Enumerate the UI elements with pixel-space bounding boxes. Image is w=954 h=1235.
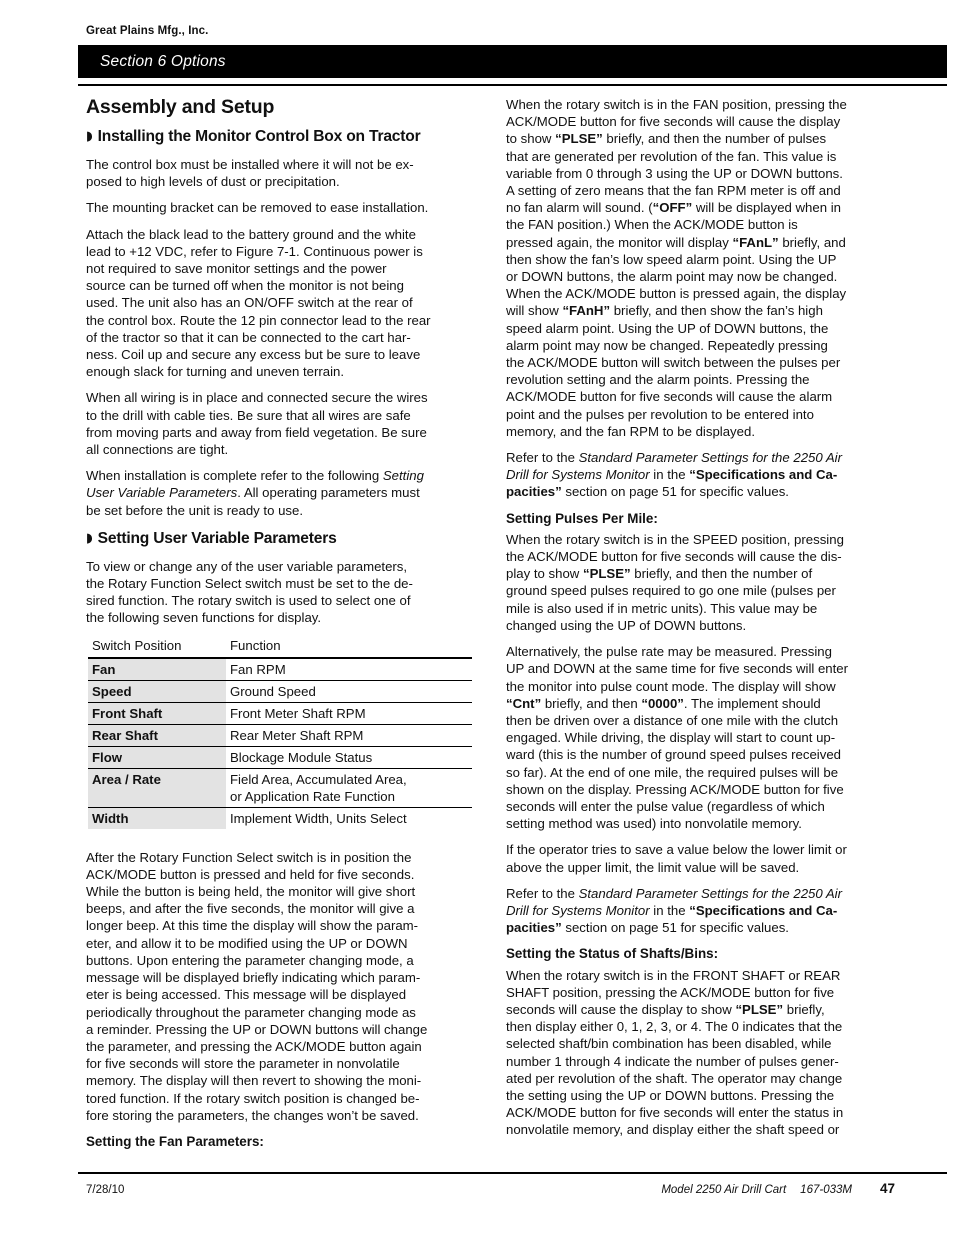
page-title: Assembly and Setup (86, 96, 475, 119)
bullet-icon: ◗ (86, 126, 93, 147)
table-header-row: Switch Position Function (88, 636, 472, 658)
paragraph: Attach the black lead to the battery gro… (86, 226, 475, 381)
subheading-status-shafts-bins: Setting the Status of Shafts/Bins: (506, 945, 895, 962)
cell-function: Blockage Module Status (226, 746, 472, 768)
paragraph: When the rotary switch is in the FRONT S… (506, 967, 895, 1139)
footer-right-group: Model 2250 Air Drill Cart 167-033M 47 (661, 1181, 895, 1196)
cell-switch-position: Area / Rate (88, 768, 226, 807)
paragraph: The mounting bracket can be removed to e… (86, 199, 475, 216)
cell-switch-position: Fan (88, 658, 226, 681)
heading-installing-monitor: ◗ Installing the Monitor Control Box on … (86, 126, 475, 148)
page-columns: Assembly and Setup ◗ Installing the Moni… (86, 96, 896, 1154)
paragraph: When the rotary switch is in the SPEED p… (506, 531, 895, 634)
cell-function: Front Meter Shaft RPM (226, 702, 472, 724)
table-row: Flow Blockage Module Status (88, 746, 472, 768)
footer-page-number: 47 (880, 1181, 895, 1196)
paragraph: When the rotary switch is in the FAN pos… (506, 96, 895, 440)
bullet-icon: ◗ (86, 528, 93, 549)
header-rule (78, 84, 947, 86)
footer-date: 7/28/10 (86, 1184, 124, 1196)
paragraph: Refer to the Standard Parameter Settings… (506, 885, 895, 937)
manual-page: Great Plains Mfg., Inc. Section 6 Option… (0, 0, 954, 1235)
cell-switch-position: Rear Shaft (88, 724, 226, 746)
table-header-switch-position: Switch Position (88, 636, 226, 658)
footer-part-number: 167-033M (800, 1184, 852, 1196)
section-title: Section 6 Options (78, 53, 226, 71)
cell-function: Implement Width, Units Select (226, 807, 472, 829)
cell-function: Field Area, Accumulated Area, or Applica… (226, 768, 472, 807)
subheading-fan-parameters: Setting the Fan Parameters: (86, 1133, 475, 1150)
footer-model: Model 2250 Air Drill Cart (661, 1184, 786, 1196)
paragraph: When installation is complete refer to t… (86, 467, 475, 519)
paragraph: When all wiring is in place and connecte… (86, 389, 475, 458)
paragraph: To view or change any of the user variab… (86, 558, 475, 627)
section-header-bar: Section 6 Options (78, 45, 947, 78)
cell-function: Ground Speed (226, 680, 472, 702)
table-row: Front Shaft Front Meter Shaft RPM (88, 702, 472, 724)
switch-function-table: Switch Position Function Fan Fan RPM Spe… (88, 636, 472, 829)
paragraph: If the operator tries to save a value be… (506, 841, 895, 875)
cell-switch-position: Flow (88, 746, 226, 768)
heading-text: Setting User Variable Parameters (98, 528, 337, 549)
right-column: When the rotary switch is in the FAN pos… (506, 96, 895, 1154)
heading-setting-parameters: ◗ Setting User Variable Parameters (86, 528, 475, 550)
paragraph: After the Rotary Function Select switch … (86, 849, 475, 1124)
table-row: Rear Shaft Rear Meter Shaft RPM (88, 724, 472, 746)
paragraph: Refer to the Standard Parameter Settings… (506, 449, 895, 501)
footer: 7/28/10 Model 2250 Air Drill Cart 167-03… (86, 1181, 895, 1196)
cell-switch-position: Front Shaft (88, 702, 226, 724)
paragraph: Alternatively, the pulse rate may be mea… (506, 643, 895, 832)
cell-switch-position: Speed (88, 680, 226, 702)
table-header-function: Function (226, 636, 472, 658)
subheading-pulses-per-mile: Setting Pulses Per Mile: (506, 510, 895, 527)
table-row: Fan Fan RPM (88, 658, 472, 681)
table-row: Speed Ground Speed (88, 680, 472, 702)
cell-function: Fan RPM (226, 658, 472, 681)
heading-text: Installing the Monitor Control Box on Tr… (98, 126, 421, 147)
company-name: Great Plains Mfg., Inc. (86, 25, 208, 37)
table-row: Area / Rate Field Area, Accumulated Area… (88, 768, 472, 807)
table-row: Width Implement Width, Units Select (88, 807, 472, 829)
footer-rule (78, 1172, 947, 1174)
left-column: Assembly and Setup ◗ Installing the Moni… (86, 96, 475, 1154)
cell-switch-position: Width (88, 807, 226, 829)
cell-function: Rear Meter Shaft RPM (226, 724, 472, 746)
paragraph: The control box must be installed where … (86, 156, 475, 190)
